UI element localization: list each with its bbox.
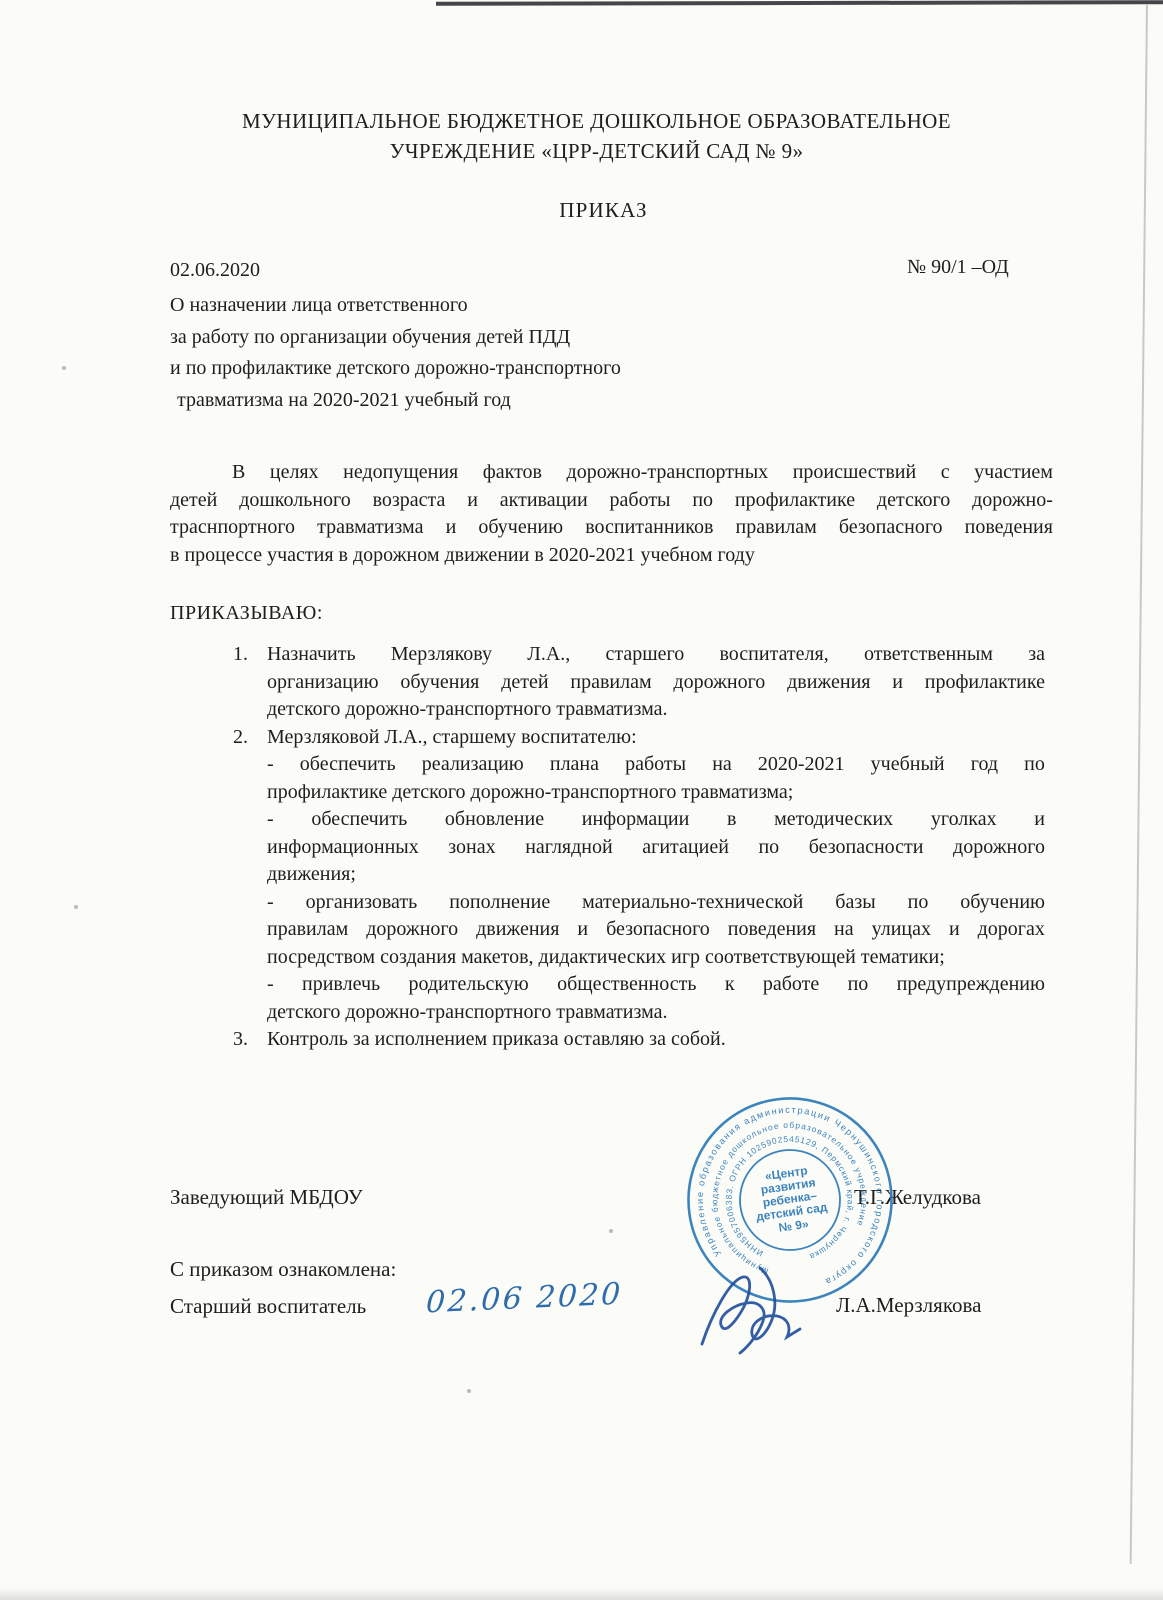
item-text: -обеспечитьреализациюпланаработына2020-2… bbox=[267, 751, 1045, 779]
stamp-center-line: № 9» bbox=[778, 1217, 810, 1235]
item-text: информационныхзонахнагляднойагитациейпоб… bbox=[267, 834, 1045, 862]
item-number bbox=[233, 834, 267, 862]
doc-title: ПРИКАЗ bbox=[0, 198, 1163, 223]
item-number bbox=[233, 806, 267, 834]
item-text: НазначитьМерзляковуЛ.А.,старшеговоспитат… bbox=[267, 641, 1045, 669]
signer2-role: Старший воспитатель bbox=[170, 1294, 366, 1319]
list-line: профилактике детского дорожно-транспортн… bbox=[233, 779, 1045, 807]
item-text: движения; bbox=[267, 861, 1045, 889]
item-text: Контроль за исполнением приказа оставляю… bbox=[267, 1026, 1045, 1054]
subject-line: О назначении лица ответственного bbox=[170, 290, 621, 322]
signature-stroke-icon bbox=[688, 1252, 848, 1362]
item-number bbox=[233, 889, 267, 917]
list-line: организациюобучениядетейправиламдорожног… bbox=[233, 669, 1045, 697]
signer1-role: Заведующий МБДОУ bbox=[170, 1185, 363, 1210]
preamble-line: в процессе участия в дорожном движении в… bbox=[170, 542, 1053, 570]
scan-edge-right bbox=[1130, 4, 1148, 1564]
item-number bbox=[233, 751, 267, 779]
item-number bbox=[233, 669, 267, 697]
item-number bbox=[233, 944, 267, 972]
item-text: -обеспечитьобновлениеинформациивметодиче… bbox=[267, 806, 1045, 834]
list-line: правиламдорожногодвиженияибезопасногопов… bbox=[233, 916, 1045, 944]
list-line: 3.Контроль за исполнением приказа оставл… bbox=[233, 1026, 1045, 1054]
preamble: Вцеляхнедопущенияфактовдорожно-транспорт… bbox=[170, 459, 1053, 569]
item-number bbox=[233, 696, 267, 724]
item-text: организациюобучениядетейправиламдорожног… bbox=[267, 669, 1045, 697]
handwritten-date: 02.06 2020 bbox=[425, 1277, 624, 1321]
scan-speck bbox=[62, 366, 66, 370]
item-text: -привлечьродительскуюобщественностькрабо… bbox=[267, 971, 1045, 999]
item-text: -организоватьпополнениематериально-техни… bbox=[267, 889, 1045, 917]
doc-date: 02.06.2020 bbox=[170, 259, 260, 282]
list-line: информационныхзонахнагляднойагитациейпоб… bbox=[233, 834, 1045, 862]
order-list: 1.НазначитьМерзляковуЛ.А.,старшеговоспит… bbox=[233, 641, 1045, 1054]
list-line: движения; bbox=[233, 861, 1045, 889]
item-text: детского дорожно-транспортного травматиз… bbox=[267, 999, 1045, 1027]
item-text: Мерзляковой Л.А., старшему воспитателю: bbox=[267, 724, 1045, 752]
subject-line: за работу по организации обучения детей … bbox=[170, 322, 621, 354]
list-line: детского дорожно-транспортного травматиз… bbox=[233, 696, 1045, 724]
item-number: 1. bbox=[233, 641, 267, 669]
scan-speck bbox=[74, 905, 78, 909]
doc-number: № 90/1 –ОД bbox=[907, 256, 1009, 279]
scan-speck bbox=[467, 1389, 471, 1393]
scan-edge-bottom bbox=[0, 1588, 1163, 1600]
preamble-line: детейдошкольноговозрастаиактивацииработы… bbox=[170, 487, 1053, 515]
list-line: детского дорожно-транспортного травматиз… bbox=[233, 999, 1045, 1027]
list-line: 2.Мерзляковой Л.А., старшему воспитателю… bbox=[233, 724, 1045, 752]
item-number: 2. bbox=[233, 724, 267, 752]
preamble-line: траснпортноготравматизмаиобучениювоспита… bbox=[170, 514, 1053, 542]
command-word: ПРИКАЗЫВАЮ: bbox=[170, 602, 323, 625]
org-name-line1: МУНИЦИПАЛЬНОЕ БЮДЖЕТНОЕ ДОШКОЛЬНОЕ ОБРАЗ… bbox=[30, 106, 1163, 136]
list-line: 1.НазначитьМерзляковуЛ.А.,старшеговоспит… bbox=[233, 641, 1045, 669]
subject-block: О назначении лица ответственного за рабо… bbox=[170, 290, 621, 416]
preamble-line: Вцеляхнедопущенияфактовдорожно-транспорт… bbox=[170, 459, 1053, 487]
subject-line: и по профилактике детского дорожно-транс… bbox=[170, 353, 621, 385]
item-number bbox=[233, 999, 267, 1027]
scan-speck bbox=[609, 1229, 613, 1233]
item-text: посредством создания макетов, дидактичес… bbox=[267, 944, 1045, 972]
item-number: 3. bbox=[233, 1026, 267, 1054]
list-line: -обеспечитьреализациюпланаработына2020-2… bbox=[233, 751, 1045, 779]
document-page: МУНИЦИПАЛЬНОЕ БЮДЖЕТНОЕ ДОШКОЛЬНОЕ ОБРАЗ… bbox=[0, 0, 1163, 1600]
list-line: посредством создания макетов, дидактичес… bbox=[233, 944, 1045, 972]
signature-flourish bbox=[702, 1277, 764, 1353]
item-number bbox=[233, 779, 267, 807]
subject-line: травматизма на 2020-2021 учебный год bbox=[170, 385, 621, 417]
item-text: правиламдорожногодвиженияибезопасногопов… bbox=[267, 916, 1045, 944]
item-number bbox=[233, 971, 267, 999]
org-name: МУНИЦИПАЛЬНОЕ БЮДЖЕТНОЕ ДОШКОЛЬНОЕ ОБРАЗ… bbox=[0, 106, 1163, 166]
org-name-line2: УЧРЕЖДЕНИЕ «ЦРР-ДЕТСКИЙ САД № 9» bbox=[30, 136, 1163, 166]
item-number bbox=[233, 916, 267, 944]
item-text: детского дорожно-транспортного травматиз… bbox=[267, 696, 1045, 724]
list-line: -организоватьпополнениематериально-техни… bbox=[233, 889, 1045, 917]
list-line: -обеспечитьобновлениеинформациивметодиче… bbox=[233, 806, 1045, 834]
scan-edge-top bbox=[436, 0, 1163, 6]
item-text: профилактике детского дорожно-транспортн… bbox=[267, 779, 1045, 807]
acknowledgement-line: С приказом ознакомлена: bbox=[170, 1257, 396, 1282]
list-line: -привлечьродительскуюобщественностькрабо… bbox=[233, 971, 1045, 999]
item-number bbox=[233, 861, 267, 889]
